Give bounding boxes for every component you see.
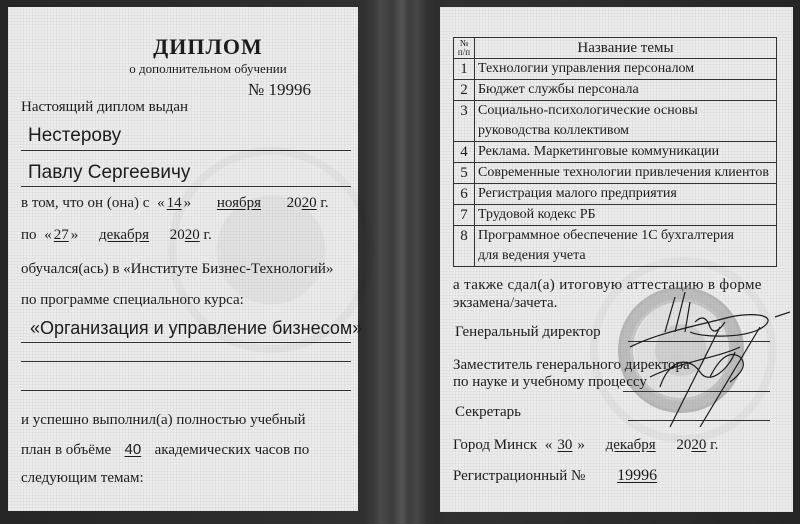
- topic-number: 2: [454, 80, 475, 101]
- issue-day: 30: [552, 437, 577, 453]
- topic-name: Бюджет службы персонала: [475, 80, 777, 101]
- topic-name: для ведения учета: [475, 246, 777, 267]
- topic-number: 3: [454, 101, 475, 122]
- topic-number: 6: [454, 184, 475, 205]
- table-row: 2Бюджет службы персонала: [454, 80, 777, 101]
- quote-open: «: [44, 227, 52, 243]
- topic-number: [454, 121, 475, 142]
- topics-table: № п/п Название темы 1Технологии управлен…: [453, 37, 777, 267]
- header-topic-name: Название темы: [475, 38, 777, 59]
- hours-prefix: план в объёме: [21, 442, 111, 458]
- diploma-number: № 19996: [248, 80, 311, 100]
- topic-number: 8: [454, 226, 475, 247]
- diploma-subtitle: о дополнительном обучении: [8, 61, 358, 77]
- diploma-title: ДИПЛОМ: [8, 34, 358, 60]
- topics-table-header: № п/п Название темы: [454, 38, 777, 59]
- topics-table-body: 1Технологии управления персоналом2Бюджет…: [454, 59, 777, 267]
- quote-close: »: [184, 195, 192, 211]
- year-mark: г.: [710, 437, 718, 453]
- header-number: № п/п: [454, 38, 475, 59]
- topic-name: Технологии управления персоналом: [475, 59, 777, 80]
- table-row: руководства коллективом: [454, 121, 777, 142]
- table-row: 8Программное обеспечение 1С бухгалтерия: [454, 226, 777, 247]
- issue-month: декабря: [589, 437, 673, 454]
- topic-name: руководства коллективом: [475, 121, 777, 142]
- signatures-icon: [590, 277, 790, 427]
- period-to-line: по «27» декабря 2020 г.: [21, 227, 212, 244]
- hours-value: 40: [115, 441, 151, 458]
- city-date-line: Город Минск «30» декабря 2020 г.: [453, 437, 718, 454]
- period-from-prefix: в том, что он (она) с: [21, 195, 149, 211]
- surname-underline: [21, 150, 351, 151]
- topic-name: Реклама. Маркетинговые коммуникации: [475, 142, 777, 163]
- table-row: 4Реклама. Маркетинговые коммуникации: [454, 142, 777, 163]
- year-mark: г.: [320, 195, 328, 211]
- period-to-year-suffix: 20: [185, 227, 200, 243]
- period-from-year-prefix: 20: [287, 195, 302, 211]
- program-underline-1: [21, 342, 351, 343]
- completed-line: и успешно выполнил(а) полностью учебный: [21, 412, 306, 429]
- left-page: ДИПЛОМ о дополнительном обучении № 19996…: [8, 7, 358, 511]
- program-underline-3: [21, 390, 351, 391]
- program-underline-2: [21, 361, 351, 362]
- issued-to-label: Настоящий диплом выдан: [21, 99, 188, 116]
- topic-number: 5: [454, 163, 475, 184]
- topic-number: 1: [454, 59, 475, 80]
- period-to-day: 27: [52, 227, 71, 243]
- period-from-month: ноября: [195, 195, 283, 212]
- topic-number: 4: [454, 142, 475, 163]
- city-label: Город Минск: [453, 437, 537, 453]
- period-to-month: декабря: [82, 227, 166, 244]
- hours-line: план в объёме 40 академических часов по: [21, 441, 309, 459]
- recipient-given-names: Павлу Сергеевичу: [28, 162, 190, 184]
- hours-suffix: академических часов по: [155, 442, 310, 458]
- quote-close: »: [577, 437, 585, 453]
- issue-year-suffix: 20: [691, 437, 706, 453]
- table-row: 5Современные технологии привлечения клие…: [454, 163, 777, 184]
- program-name: «Организация и управление бизнесом»: [30, 318, 362, 339]
- registration-number: 19996: [589, 467, 685, 485]
- table-row: 7Трудовой кодекс РБ: [454, 205, 777, 226]
- period-from-line: в том, что он (она) с «14» ноября 2020 г…: [21, 195, 329, 212]
- topics-label: следующим темам:: [21, 470, 144, 487]
- general-director-label: Генеральный директор: [455, 324, 601, 341]
- table-row: 3Социально-психологические основы: [454, 101, 777, 122]
- registration-line: Регистрационный № 19996: [453, 467, 685, 485]
- period-from-year-suffix: 20: [302, 195, 317, 211]
- table-row: для ведения учета: [454, 246, 777, 267]
- given-names-underline: [21, 186, 351, 187]
- period-to-prefix: по: [21, 227, 37, 243]
- recipient-surname: Нестерову: [28, 125, 121, 147]
- topic-name: Современные технологии привлечения клиен…: [475, 163, 777, 184]
- table-row: 6Регистрация малого предприятия: [454, 184, 777, 205]
- period-to-year-prefix: 20: [170, 227, 185, 243]
- quote-open: «: [157, 195, 165, 211]
- table-row: 1Технологии управления персоналом: [454, 59, 777, 80]
- topic-number: 7: [454, 205, 475, 226]
- topic-name: Регистрация малого предприятия: [475, 184, 777, 205]
- quote-close: »: [71, 227, 79, 243]
- cover-spine: [362, 0, 438, 524]
- topic-name: Социально-психологические основы: [475, 101, 777, 122]
- topic-name: Трудовой кодекс РБ: [475, 205, 777, 226]
- right-page: № п/п Название темы 1Технологии управлен…: [440, 7, 793, 512]
- attestation-line-2: экзамена/зачета.: [453, 295, 557, 312]
- issue-year-prefix: 20: [676, 437, 691, 453]
- topic-number: [454, 246, 475, 267]
- period-from-day: 14: [165, 195, 184, 211]
- secretary-label: Секретарь: [455, 404, 521, 421]
- topic-name: Программное обеспечение 1С бухгалтерия: [475, 226, 777, 247]
- studied-at: обучался(ась) в «Институте Бизнес-Технол…: [21, 261, 333, 278]
- year-mark: г.: [204, 227, 212, 243]
- program-label: по программе специального курса:: [21, 292, 244, 309]
- registration-label: Регистрационный №: [453, 468, 585, 484]
